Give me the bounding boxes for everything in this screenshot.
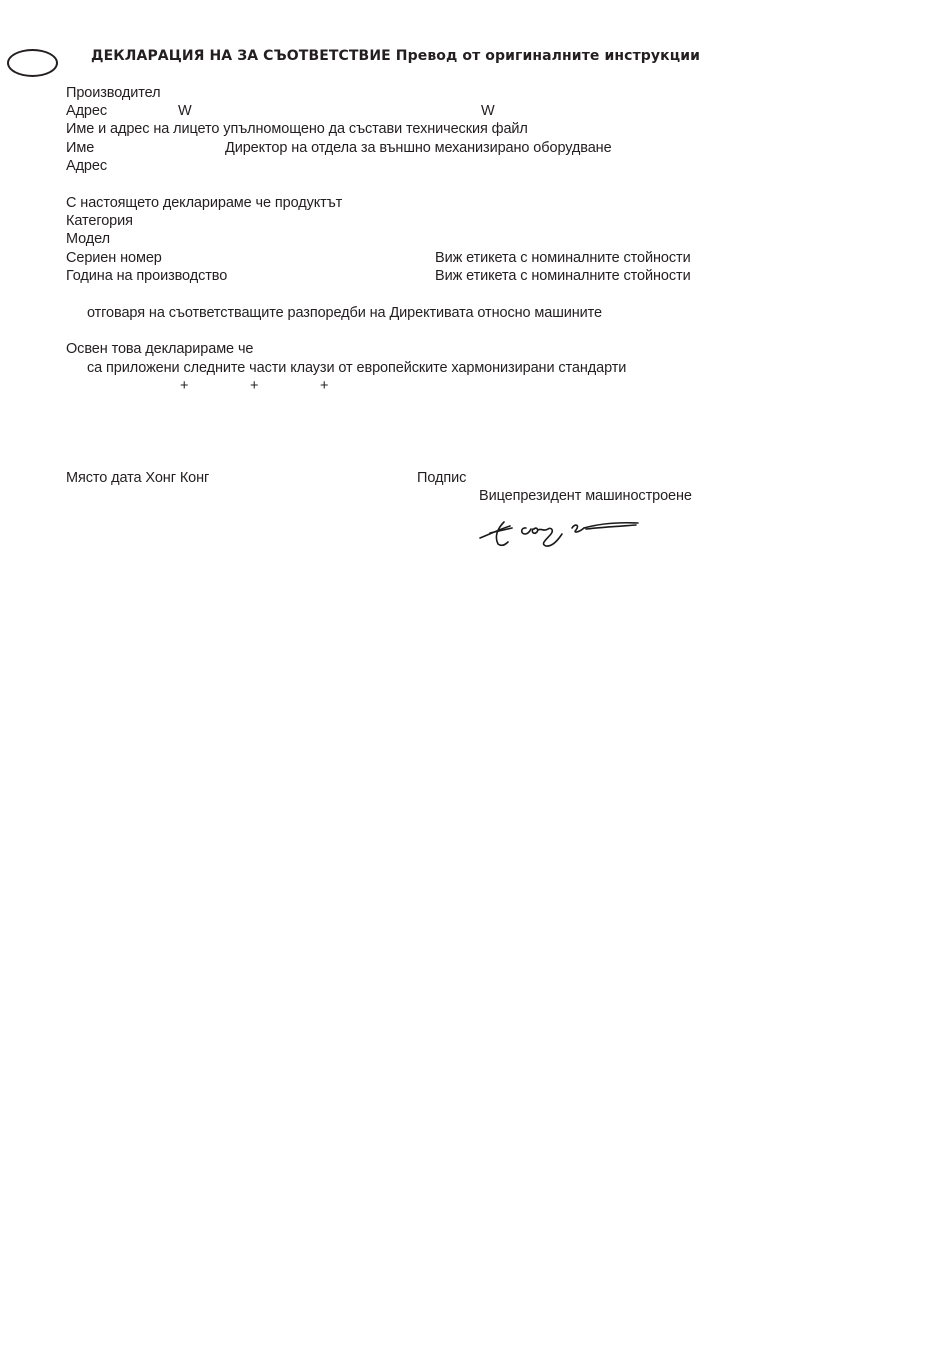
standards-statement: са приложени следните части клаузи от ев… (87, 359, 626, 377)
manufacturer-address-value-1: W (178, 102, 192, 120)
language-code-oval (7, 49, 58, 77)
authorized-person-address-label: Адрес (66, 157, 107, 175)
authorized-person-name-label: Име (66, 139, 94, 157)
conformity-statement: отговаря на съответстващите разпоредби н… (87, 304, 602, 322)
manufacturer-label: Производител (66, 84, 160, 102)
standards-intro: Освен това декларираме че (66, 340, 253, 358)
authorized-person-heading: Име и адрес на лицето упълномощено да съ… (66, 120, 528, 138)
signatory-title: Вицепрезидент машиностроене (479, 487, 692, 505)
standards-plus-2: + (250, 377, 258, 395)
standards-plus-3: + (320, 377, 328, 395)
product-serial-value: Виж етикета с номиналните стойности (435, 249, 691, 267)
document-title: ДЕКЛАРАЦИЯ НА ЗА СЪОТВЕТСТВИЕ Превод от … (91, 47, 700, 65)
product-year-value: Виж етикета с номиналните стойности (435, 267, 691, 285)
product-serial-label: Сериен номер (66, 249, 162, 267)
handwritten-signature-icon (476, 514, 646, 550)
signature-label: Подпис (417, 469, 466, 487)
manufacturer-address-label: Адрес (66, 102, 107, 120)
product-category-label: Категория (66, 212, 133, 230)
standards-plus-1: + (180, 377, 188, 395)
place-date: Място дата Хонг Конг (66, 469, 209, 487)
product-model-label: Модел (66, 230, 110, 248)
product-year-label: Година на производство (66, 267, 227, 285)
authorized-person-name-value: Директор на отдела за външно механизиран… (225, 139, 612, 157)
product-intro: С настоящето декларираме че продуктът (66, 194, 342, 212)
manufacturer-address-value-2: W (481, 102, 495, 120)
